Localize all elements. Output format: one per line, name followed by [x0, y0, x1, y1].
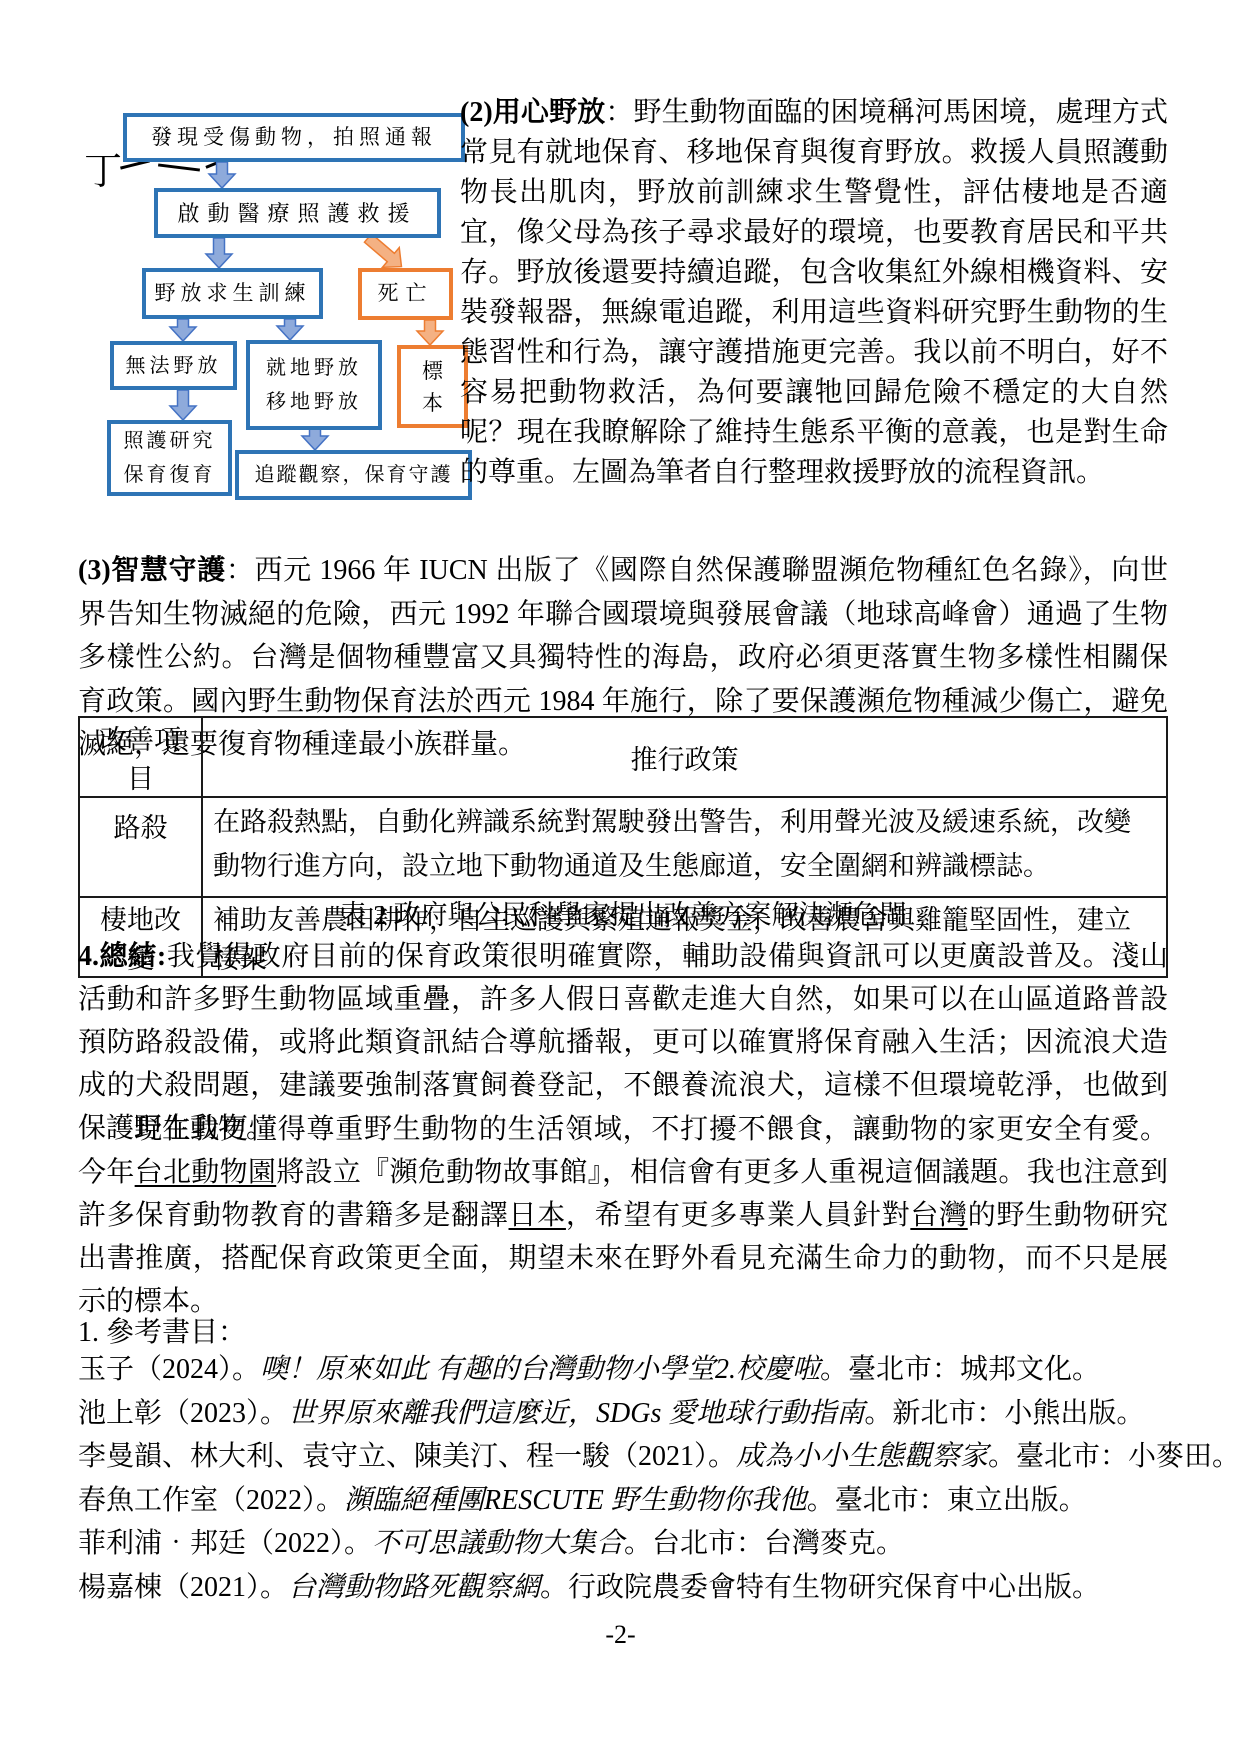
arrow-training-to-release — [277, 319, 303, 340]
flowchart-box-report-label: 發現受傷動物，拍照通報 — [151, 122, 437, 154]
reference-title: 成為小小生態觀察家 — [736, 1441, 988, 1472]
reference-authors: 玉子（2024）。 — [78, 1354, 260, 1385]
reference-item: 玉子（2024）。噢！原來如此 有趣的台灣動物小學堂2.校慶啦。臺北市：城邦文化… — [78, 1348, 1168, 1392]
underlined-taipei-zoo: 台北動物園 — [135, 1157, 277, 1188]
flowchart-box-cannot-release: 無法野放 — [110, 341, 237, 390]
flowchart-box-specimen-line1: 標 — [422, 355, 443, 387]
reference-publisher: 。臺北市：東立出版。 — [807, 1485, 1087, 1516]
conclusion-2-text: ，希望有更多專業人員針對 — [566, 1200, 910, 1231]
flowchart-box-death-label: 死亡 — [378, 278, 434, 310]
flowchart-box-care-line1: 照護研究 — [124, 424, 216, 458]
reference-publisher: 。台北市：台灣麥克。 — [624, 1528, 904, 1559]
table-cell-item: 路殺 — [79, 797, 202, 897]
reference-title: 瀕臨絕種團RESCUTE 野生動物你我他 — [344, 1485, 807, 1516]
reference-title: 噢！原來如此 有趣的台灣動物小學堂2.校慶啦 — [260, 1354, 820, 1385]
flowchart-box-track-label: 追蹤觀察，保育守護 — [255, 460, 453, 490]
reference-item: 楊嘉棟（2021）。台灣動物路死觀察網。行政院農委會特有生物研究保育中心出版。 — [78, 1566, 1168, 1610]
flowchart-box-report: 發現受傷動物，拍照通報 — [123, 113, 465, 162]
flowchart-box-cannot-release-label: 無法野放 — [126, 351, 222, 381]
reference-authors: 楊嘉棟（2021）。 — [78, 1572, 288, 1603]
reference-item: 李曼韻、林大利、袁守立、陳美汀、程一駿（2021）。成為小小生態觀察家。臺北市：… — [78, 1435, 1168, 1479]
flowchart-box-medical: 啟動醫療照護救援 — [154, 188, 441, 238]
conclusion-heading: 4.總結: — [78, 941, 166, 972]
reference-item: 池上彰（2023）。世界原來離我們這麼近，SDGs 愛地球行動指南。新北市：小熊… — [78, 1392, 1168, 1436]
section-release-paragraph: (2)用心野放：野生動物面臨的困境稱河馬困境，處理方式常見有就地保育、移地保育與… — [460, 93, 1168, 493]
conclusion-paragraph-2: 現在我更懂得尊重野生動物的生活領域，不打擾不餵食，讓動物的家更安全有愛。今年台北… — [78, 1108, 1168, 1323]
table-header-item: 改善項目 — [79, 717, 202, 797]
reference-publisher: 。臺北市：城邦文化。 — [820, 1354, 1100, 1385]
arrow-medical-to-training — [206, 238, 232, 268]
flowchart-box-training-label: 野放求生訓練 — [155, 278, 311, 310]
flowchart-box-release-line1: 就地野放 — [266, 351, 362, 385]
arrow-death-to-specimen — [417, 320, 443, 345]
flowchart-box-medical-label: 啟動醫療照護救援 — [177, 197, 417, 230]
arrow-report-to-medical — [209, 162, 235, 188]
arrow-cannot-to-care — [170, 390, 196, 420]
arrow-release-to-track — [302, 428, 328, 450]
reference-publisher: 。臺北市：小麥田。 — [988, 1441, 1240, 1472]
reference-title: 不可思議動物大集合 — [372, 1528, 624, 1559]
document-page: 丁 發現受傷動物，拍照通報 啟動醫療照護救援 野放求生訓練 死亡 無法野放 就地… — [0, 0, 1241, 1755]
flowchart-box-death: 死亡 — [358, 268, 453, 320]
table-caption: 表 2 政府與公民科學家提出改善方案解決瀕危問 — [78, 893, 1168, 932]
table-header-policy: 推行政策 — [202, 717, 1167, 797]
reference-title: 台灣動物路死觀察網 — [288, 1572, 540, 1603]
reference-authors: 菲利浦‧邦廷（2022）。 — [78, 1528, 372, 1559]
reference-publisher: 。行政院農委會特有生物研究保育中心出版。 — [540, 1572, 1100, 1603]
reference-item: 春魚工作室（2022）。瀕臨絕種團RESCUTE 野生動物你我他。臺北市：東立出… — [78, 1479, 1168, 1523]
table-header-row: 改善項目 推行政策 — [79, 717, 1167, 797]
flowchart-box-track: 追蹤觀察，保育守護 — [235, 450, 472, 500]
section-release-body: 野生動物面臨的困境稱河馬困境，處理方式常見有就地保育、移地保育與復育野放。救援人… — [460, 97, 1168, 488]
reference-item: 菲利浦‧邦廷（2022）。不可思議動物大集合。台北市：台灣麥克。 — [78, 1522, 1168, 1566]
arrow-training-to-cannot — [170, 319, 196, 341]
reference-authors: 池上彰（2023）。 — [78, 1398, 288, 1429]
section-release-colon: ： — [605, 97, 633, 128]
table-row: 路殺 在路殺熱點，自動化辨識系統對駕駛發出警告，利用聲光波及緩速系統，改變動物行… — [79, 797, 1167, 897]
underlined-japan: 日本 — [509, 1200, 566, 1231]
references-list: 玉子（2024）。噢！原來如此 有趣的台灣動物小學堂2.校慶啦。臺北市：城邦文化… — [78, 1348, 1168, 1609]
flowchart-box-care: 照護研究 保育復育 — [107, 420, 232, 496]
flowchart-box-specimen-line2: 本 — [422, 387, 443, 419]
section-release-heading: (2)用心野放 — [460, 97, 605, 128]
section-guard-heading: (3)智慧守護 — [78, 555, 226, 586]
reference-publisher: 。新北市：小熊出版。 — [864, 1398, 1144, 1429]
section-guard-colon: ： — [226, 555, 255, 586]
underlined-taiwan: 台灣 — [910, 1200, 967, 1231]
table-cell-policy: 在路殺熱點，自動化辨識系統對駕駛發出警告，利用聲光波及緩速系統，改變動物行進方向… — [202, 797, 1167, 897]
flowchart-box-release: 就地野放 移地野放 — [246, 340, 382, 430]
reference-authors: 春魚工作室（2022）。 — [78, 1485, 344, 1516]
page-number: -2- — [0, 1620, 1241, 1650]
reference-authors: 李曼韻、林大利、袁守立、陳美汀、程一駿（2021）。 — [78, 1441, 736, 1472]
flowchart-box-training: 野放求生訓練 — [142, 268, 323, 319]
references-heading: 1. 參考書目： — [78, 1310, 246, 1350]
reference-title: 世界原來離我們這麼近，SDGs 愛地球行動指南 — [288, 1398, 864, 1429]
flowchart-box-care-line2: 保育復育 — [124, 458, 216, 492]
flowchart-box-release-line2: 移地野放 — [266, 385, 362, 419]
flowchart-box-specimen: 標 本 — [397, 345, 468, 428]
